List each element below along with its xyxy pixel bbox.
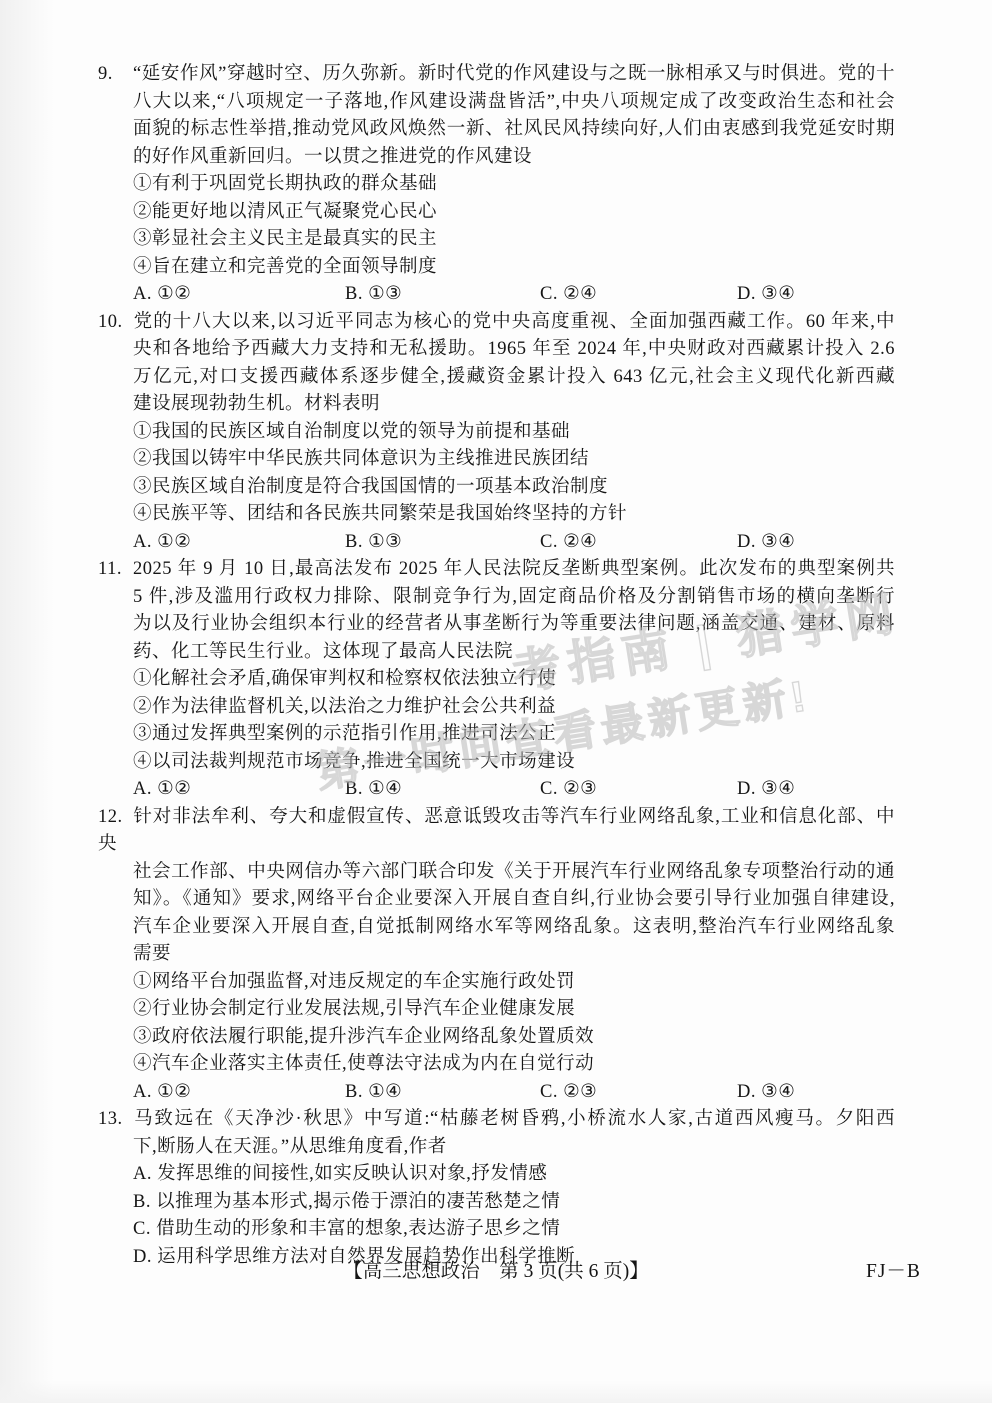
statement-item: ②我国以铸牢中华民族共同体意识为主线推进民族团结 [133,446,895,474]
stem-line: 药、化工等民生行业。这体现了最高人民法院 [133,639,895,667]
stem-line: 为以及行业协会组织本行业的经营者从事垄断行为等重要法律问题,涵盖交通、建材、原料 [133,611,895,639]
stem-line: 八大以来,“八项规定一子落地,作风建设满盘皆活”,中央八项规定成了改变政治生态和… [133,89,895,117]
statement-item: ②能更好地以清风正气凝聚党心民心 [133,199,895,227]
stem-line: 下,断肠人在天涯。”从思维角度看,作者 [133,1134,895,1162]
statement-item: ④民族平等、团结和各民族共同繁荣是我国始终坚持的方针 [133,501,895,529]
scan-left-edge-shading [0,0,90,1403]
stem-line: 12.针对非法牟利、夸大和虚假宣传、恶意诋毁攻击等汽车行业网络乱象,工业和信息化… [98,804,895,859]
stem-line: 需要 [133,941,895,969]
question-11: 11.2025 年 9 月 10 日,最高法发布 2025 年人民法院反垄断典型… [133,556,895,804]
question-13: 13.马致远在《天净沙·秋思》中写道:“枯藤老树昏鸦,小桥流水人家,古道西风瘦马… [133,1106,895,1271]
stem-line: 社会工作部、中央网信办等六部门联合印发《关于开展汽车行业网络乱象专项整治行动的通 [133,859,895,887]
stem-text: 党的十八大以来,以习近平同志为核心的党中央高度重视、全面加强西藏工作。60 年来… [133,312,895,332]
question-9: 9.“延安作风”穿越时空、历久弥新。新时代党的作风建设与之既一脉相承又与时俱进。… [133,61,895,309]
statement-item: ③民族区域自治制度是符合我国国情的一项基本政治制度 [133,474,895,502]
stem-line: 9.“延安作风”穿越时空、历久弥新。新时代党的作风建设与之既一脉相承又与时俱进。… [98,61,895,89]
stem-line: 汽车企业要深入开展自查,自觉抵制网络水军等网络乱象。这表明,整治汽车行业网络乱象 [133,914,895,942]
statement-item: ①化解社会矛盾,确保审判权和检察权依法独立行使 [133,666,895,694]
stem-line: 10.党的十八大以来,以习近平同志为核心的党中央高度重视、全面加强西藏工作。60… [98,309,895,337]
exam-content: 9.“延安作风”穿越时空、历久弥新。新时代党的作风建设与之既一脉相承又与时俱进。… [133,61,895,1271]
option-line-c: C. 借助生动的形象和丰富的想象,表达游子思乡之情 [133,1216,895,1244]
question-12: 12.针对非法牟利、夸大和虚假宣传、恶意诋毁攻击等汽车行业网络乱象,工业和信息化… [133,804,895,1107]
option-c: C. ②③ [540,776,737,804]
statement-item: ②行业协会制定行业发展法规,引导汽车企业健康发展 [133,996,895,1024]
stem-text: 针对非法牟利、夸大和虚假宣传、恶意诋毁攻击等汽车行业网络乱象,工业和信息化部、中… [98,807,895,855]
stem-text: 马致远在《天净沙·秋思》中写道:“枯藤老树昏鸦,小桥流水人家,古道西风瘦马。夕阳… [133,1109,895,1129]
option-a: A. ①② [133,529,345,557]
footer-paper-code: FJ－B [866,1258,921,1286]
option-line-b: B. 以推理为基本形式,揭示倦于漂泊的凄苦愁楚之情 [133,1189,895,1217]
statement-item: ③通过发挥典型案例的示范指引作用,推进司法公正 [133,721,895,749]
question-10: 10.党的十八大以来,以习近平同志为核心的党中央高度重视、全面加强西藏工作。60… [133,309,895,557]
statement-item: ④旨在建立和完善党的全面领导制度 [133,254,895,282]
statement-item: ③政府依法履行职能,提升涉汽车企业网络乱象处置质效 [133,1024,895,1052]
stem-text: “延安作风”穿越时空、历久弥新。新时代党的作风建设与之既一脉相承又与时俱进。党的… [133,64,895,84]
option-d: D. ③④ [737,529,795,557]
footer-page-info: 【高三思想政治 第 3 页(共 6 页)】 [0,1258,992,1286]
statement-item: ②作为法律监督机关,以法治之力维护社会公共利益 [133,694,895,722]
question-number: 13. [98,1106,133,1134]
statement-item: ④汽车企业落实主体责任,使尊法守法成为内在自觉行动 [133,1051,895,1079]
page-footer: 【高三思想政治 第 3 页(共 6 页)】 FJ－B [0,1258,992,1286]
answer-options-row: A. ①② B. ①④ C. ②③ D. ③④ [133,1079,895,1107]
answer-options-row: A. ①② B. ①④ C. ②③ D. ③④ [133,776,895,804]
option-c: C. ②④ [540,529,737,557]
option-d: D. ③④ [737,776,795,804]
option-a: A. ①② [133,776,345,804]
question-number: 10. [98,309,133,337]
option-b: B. ①③ [345,529,540,557]
option-d: D. ③④ [737,1079,795,1107]
option-b: B. ①④ [345,1079,540,1107]
option-a: A. ①② [133,1079,345,1107]
statement-item: ①我国的民族区域自治制度以党的领导为前提和基础 [133,419,895,447]
stem-line: 13.马致远在《天净沙·秋思》中写道:“枯藤老树昏鸦,小桥流水人家,古道西风瘦马… [98,1106,895,1134]
question-number: 11. [98,556,133,584]
stem-line: 知》。《通知》要求,网络平台企业要深入开展自查自纠,行业协会要引导行业加强自律建… [133,886,895,914]
stem-line: 建设展现勃勃生机。材料表明 [133,391,895,419]
stem-line: 的好作风重新回归。一以贯之推进党的作风建设 [133,144,895,172]
scan-bottom-edge-shading [0,1375,992,1403]
stem-line: 11.2025 年 9 月 10 日,最高法发布 2025 年人民法院反垄断典型… [98,556,895,584]
statement-item: ③彰显社会主义民主是最真实的民主 [133,226,895,254]
stem-line: 面貌的标志性举措,推动党风政风焕然一新、社风民风持续向好,人们由衷感到我党延安时… [133,116,895,144]
statement-item: ④以司法裁判规范市场竞争,推进全国统一大市场建设 [133,749,895,777]
option-b: B. ①④ [345,776,540,804]
stem-line: 5 件,涉及滥用行政权力排除、限制竞争行为,固定商品价格及分割销售市场的横向垄断… [133,584,895,612]
exam-page: 考指南 | 猎学网 第一时间查看最新更新! 9.“延安作风”穿越时空、历久弥新。… [0,0,992,1403]
question-number: 9. [98,61,133,89]
option-b: B. ①③ [345,281,540,309]
stem-line: 央和各地给予西藏大力支持和无私援助。1965 年至 2024 年,中央财政对西藏… [133,336,895,364]
stem-line: 万亿元,对口支援西藏体系逐步健全,援藏资金累计投入 643 亿元,社会主义现代化… [133,364,895,392]
option-c: C. ②③ [540,1079,737,1107]
answer-options-row: A. ①② B. ①③ C. ②④ D. ③④ [133,281,895,309]
statement-item: ①有利于巩固党长期执政的群众基础 [133,171,895,199]
answer-options-row: A. ①② B. ①③ C. ②④ D. ③④ [133,529,895,557]
question-number: 12. [98,804,133,832]
option-c: C. ②④ [540,281,737,309]
stem-text: 2025 年 9 月 10 日,最高法发布 2025 年人民法院反垄断典型案例。… [133,559,895,579]
option-line-a: A. 发挥思维的间接性,如实反映认识对象,抒发情感 [133,1161,895,1189]
option-a: A. ①② [133,281,345,309]
option-d: D. ③④ [737,281,795,309]
statement-item: ①网络平台加强监督,对违反规定的车企实施行政处罚 [133,969,895,997]
